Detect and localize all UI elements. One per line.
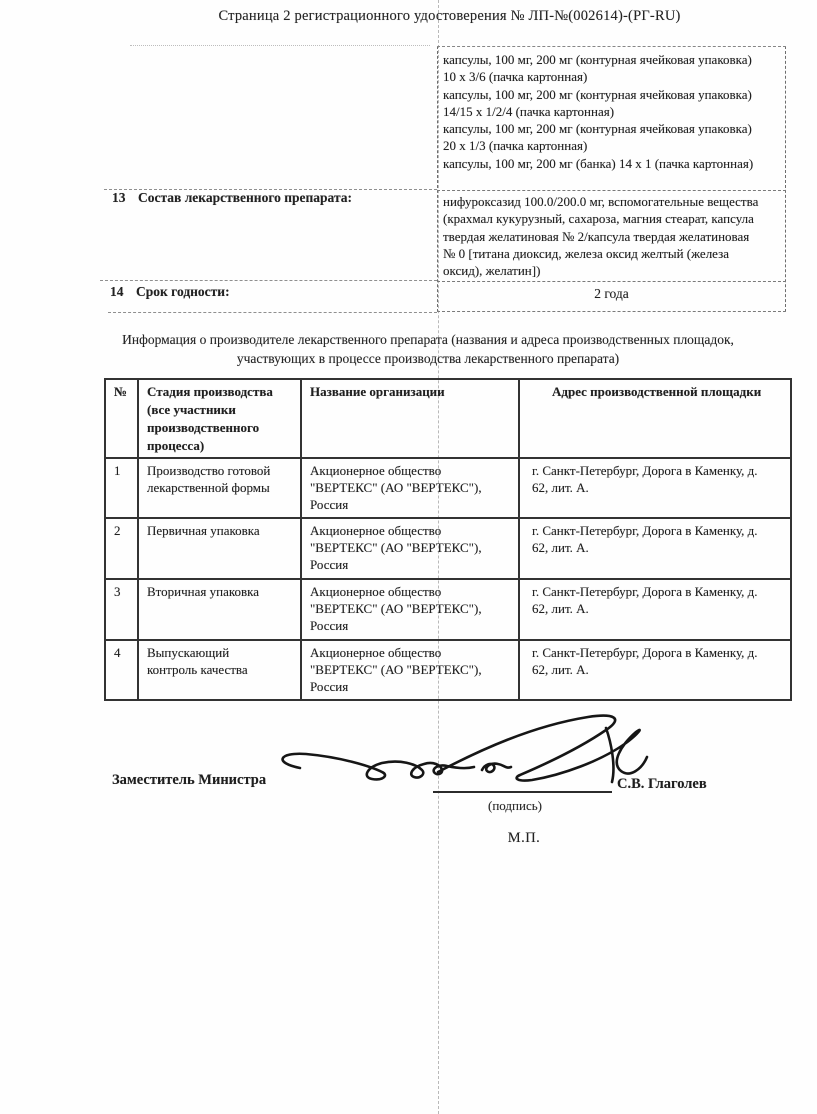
table-header-row: № Стадия производства (все участники про…: [105, 379, 791, 458]
packaging-option: капсулы, 100 мг, 200 мг (контурная ячейк…: [443, 86, 763, 121]
cell-num: 3: [105, 579, 138, 640]
shelf-life-value: 2 года: [438, 286, 785, 302]
table-row: 2 Первичная упаковка Акционерное обществ…: [105, 518, 791, 579]
scanned-document-page: Страница 2 регистрационного удостоверени…: [0, 0, 817, 1114]
col-header-num: №: [105, 379, 138, 458]
signature-line: [433, 791, 612, 793]
table-row: 3 Вторичная упаковка Акционерное обществ…: [105, 579, 791, 640]
scan-line: [130, 45, 430, 46]
cell-stage: Выпускающий контроль качества: [138, 640, 301, 700]
cell-address: г. Санкт-Петербург, Дорога в Каменку, д.…: [519, 518, 791, 579]
cell-num: 2: [105, 518, 138, 579]
page-title: Страница 2 регистрационного удостоверени…: [82, 8, 817, 25]
composition-value: нифуроксазид 100.0/200.0 мг, вспомогател…: [443, 193, 763, 279]
packaging-option: капсулы, 100 мг, 200 мг (контурная ячейк…: [443, 120, 763, 155]
cell-address: г. Санкт-Петербург, Дорога в Каменку, д.…: [519, 579, 791, 640]
cell-org: Акционерное общество "ВЕРТЕКС" (АО "ВЕРТ…: [301, 518, 519, 579]
cell-org: Акционерное общество "ВЕРТЕКС" (АО "ВЕРТ…: [301, 579, 519, 640]
packaging-option: капсулы, 100 мг, 200 мг (банка) 14 х 1 (…: [443, 155, 763, 172]
col-header-address: Адрес производственной площадки: [519, 379, 791, 458]
table-row: 4 Выпускающий контроль качества Акционер…: [105, 640, 791, 700]
cell-org: Акционерное общество "ВЕРТЕКС" (АО "ВЕРТ…: [301, 458, 519, 518]
packaging-options-list: капсулы, 100 мг, 200 мг (контурная ячейк…: [443, 51, 763, 172]
signer-position: Заместитель Министра: [112, 772, 266, 789]
row-label-text: Состав лекарственного препарата:: [138, 190, 438, 206]
col-header-stage: Стадия производства (все участники произ…: [138, 379, 301, 458]
cell-org: Акционерное общество "ВЕРТЕКС" (АО "ВЕРТ…: [301, 640, 519, 700]
row-separator: [437, 190, 786, 191]
cell-address: г. Санкт-Петербург, Дорога в Каменку, д.…: [519, 458, 791, 518]
cell-address: г. Санкт-Петербург, Дорога в Каменку, д.…: [519, 640, 791, 700]
scan-line: [108, 312, 437, 313]
col-header-org: Название организации: [301, 379, 519, 458]
row-number: 14: [110, 284, 124, 300]
manufacturer-info-intro: Информация о производителе лекарственног…: [98, 330, 758, 368]
row-label-text: Срок годности:: [136, 284, 436, 300]
cell-stage: Вторичная упаковка: [138, 579, 301, 640]
cell-stage: Производство готовой лекарственной формы: [138, 458, 301, 518]
signature-caption: (подпись): [425, 798, 605, 814]
cell-num: 4: [105, 640, 138, 700]
table-row: 1 Производство готовой лекарственной фор…: [105, 458, 791, 518]
packaging-option: капсулы, 100 мг, 200 мг (контурная ячейк…: [443, 51, 763, 86]
seal-placeholder: М.П.: [434, 830, 614, 847]
scan-line: [100, 280, 437, 281]
manufacturer-table: № Стадия производства (все участники про…: [104, 378, 792, 701]
signer-name: С.В. Глаголев: [617, 776, 707, 793]
cell-stage: Первичная упаковка: [138, 518, 301, 579]
details-value-column: капсулы, 100 мг, 200 мг (контурная ячейк…: [437, 46, 786, 312]
row-number: 13: [112, 190, 126, 206]
handwritten-signature: [270, 710, 650, 800]
row-separator: [437, 281, 786, 282]
cell-num: 1: [105, 458, 138, 518]
